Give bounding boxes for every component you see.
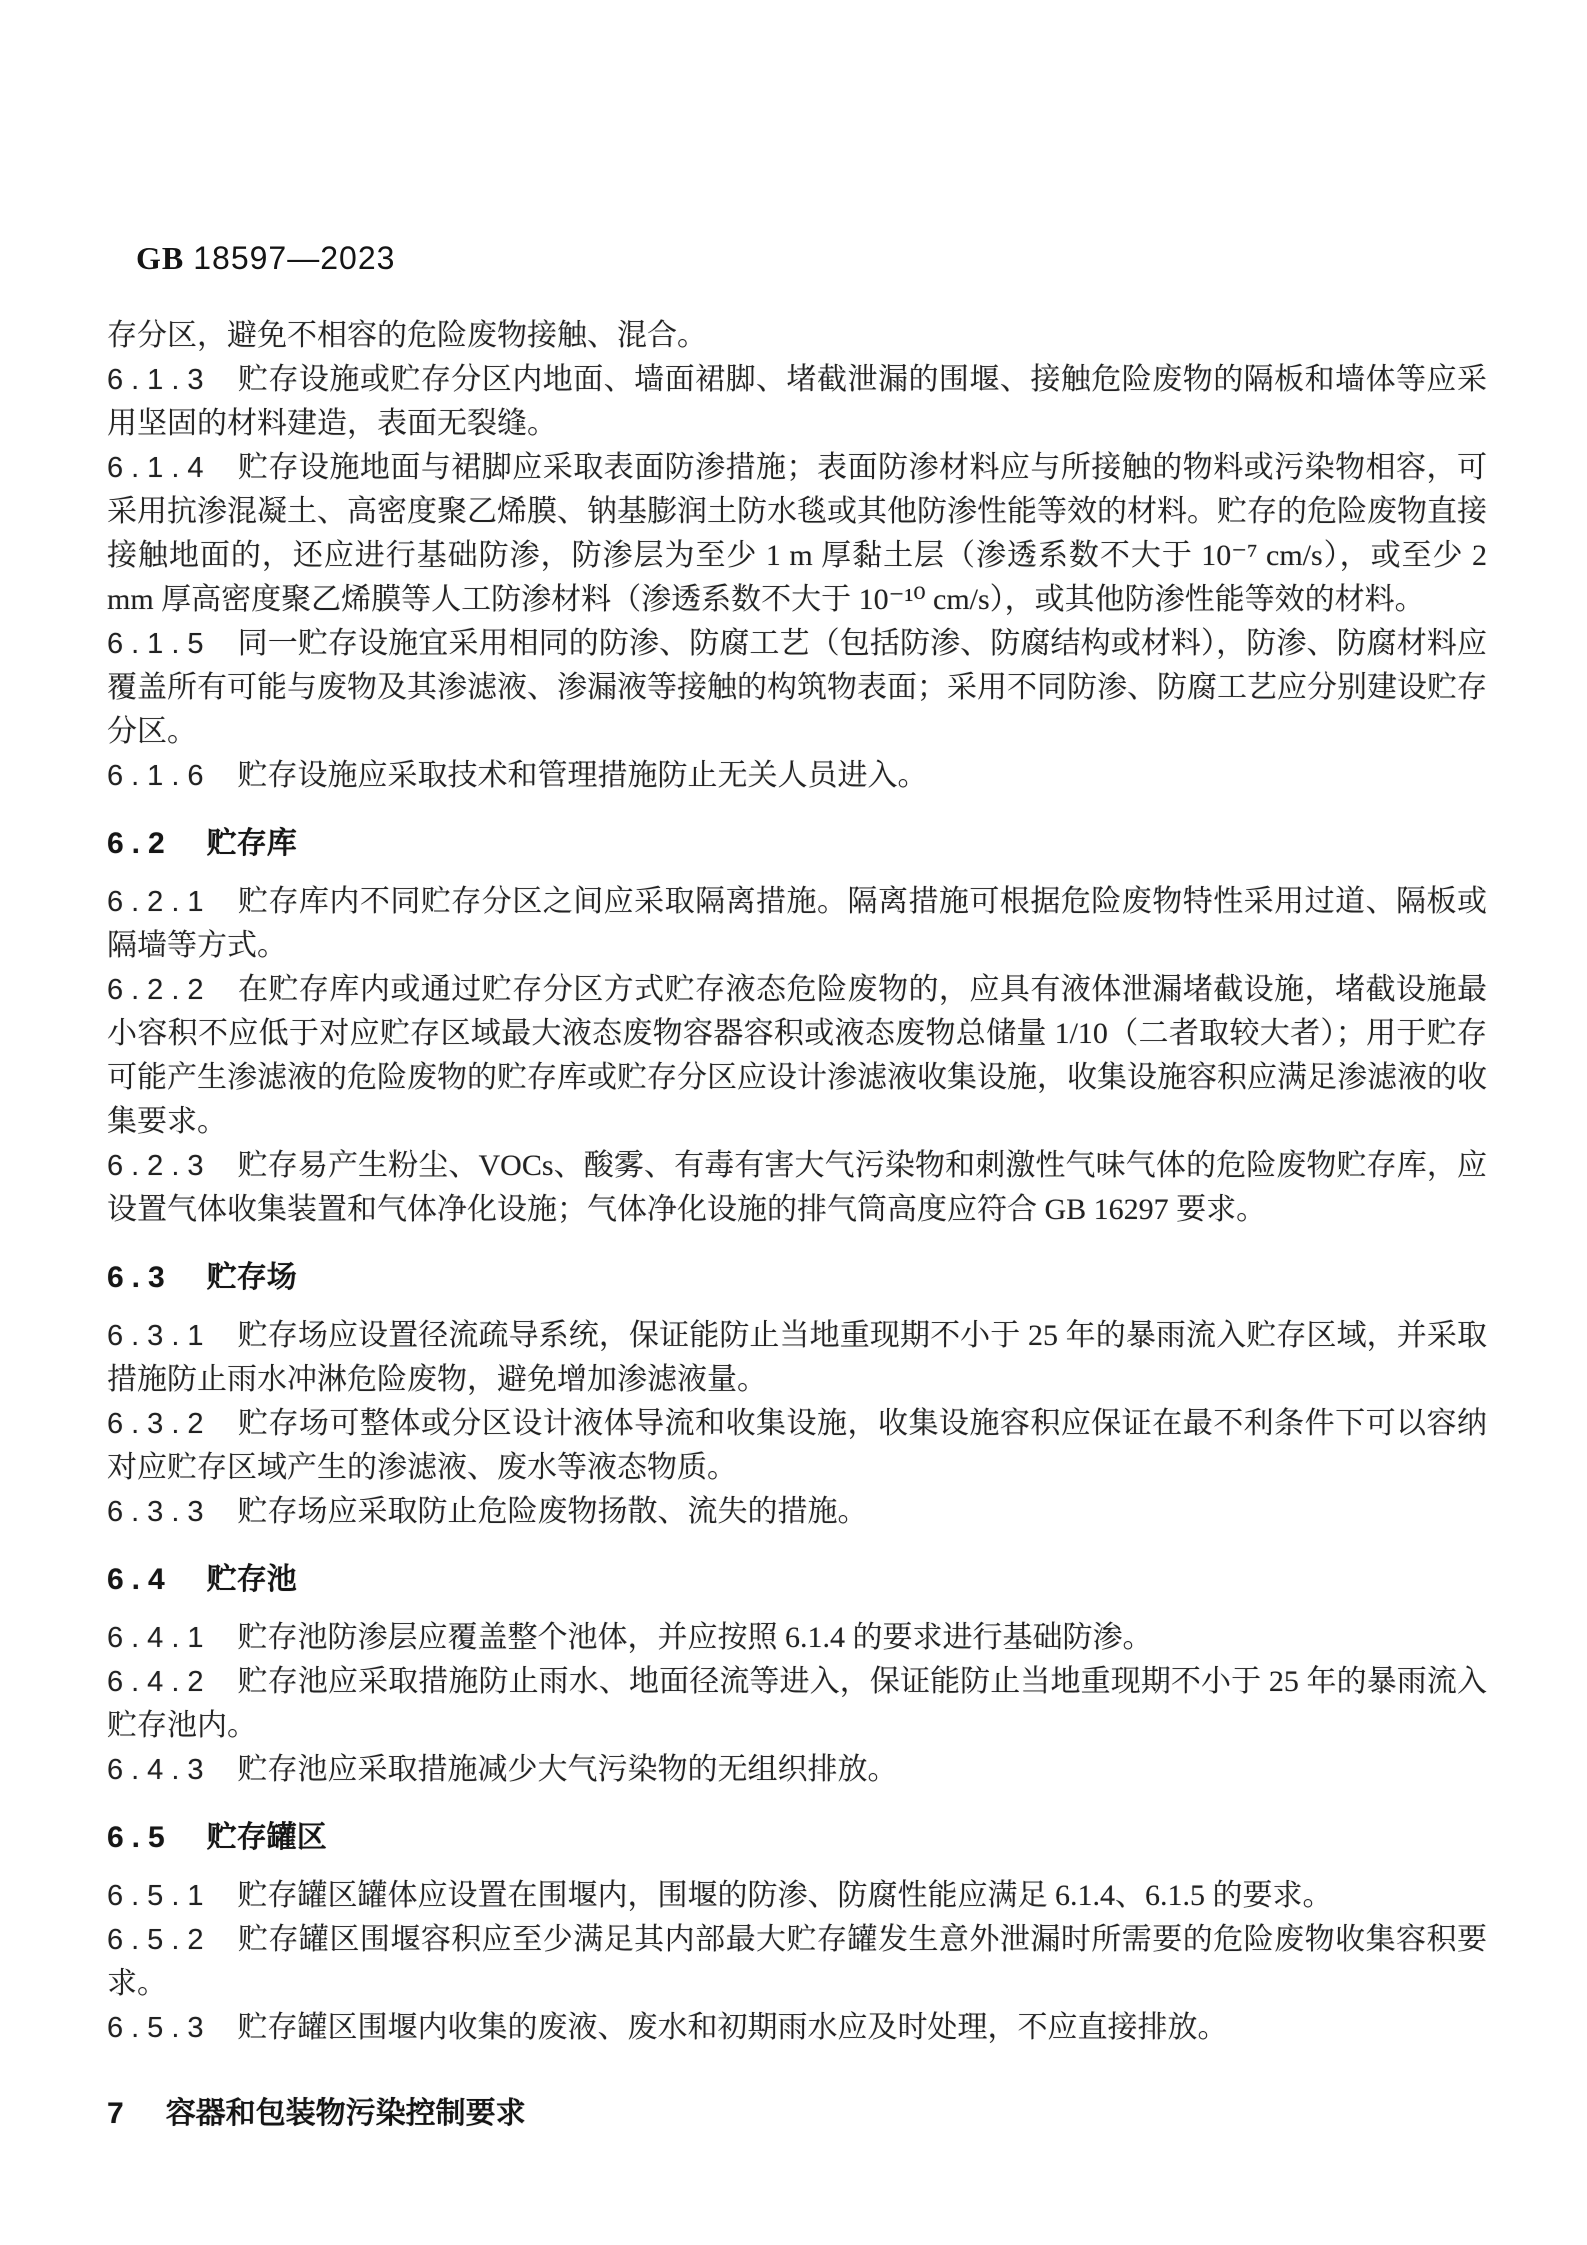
standard-label: GB [136, 240, 184, 276]
clause-number: 6.1.4 [107, 452, 212, 484]
paragraph-text: 存分区，避免不相容的危险废物接触、混合。 [107, 319, 707, 352]
section-heading-6-3: 6.3贮存场 [107, 1256, 1487, 1300]
clause-text: 贮存罐区围堰内收集的废液、废水和初期雨水应及时处理，不应直接排放。 [238, 2011, 1228, 2044]
section-title: 贮存罐区 [207, 1821, 327, 1854]
clause-6-1-3: 6.1.3贮存设施或贮存分区内地面、墙面裙脚、堵截泄漏的围堰、接触危险废物的隔板… [107, 358, 1487, 446]
paragraph-continuation: 存分区，避免不相容的危险废物接触、混合。 [107, 314, 1487, 358]
clause-number: 6.5.1 [107, 1880, 212, 1912]
clause-6-4-3: 6.4.3贮存池应采取措施减少大气污染物的无组织排放。 [107, 1748, 1487, 1792]
clause-text: 贮存场应采取防止危险废物扬散、流失的措施。 [238, 1495, 868, 1528]
clause-text: 贮存设施地面与裙脚应采取表面防渗措施；表面防渗材料应与所接触的物料或污染物相容，… [107, 451, 1487, 616]
clause-number: 6.3.3 [107, 1496, 212, 1528]
clause-6-3-1: 6.3.1贮存场应设置径流疏导系统，保证能防止当地重现期不小于 25 年的暴雨流… [107, 1314, 1487, 1402]
clause-6-2-1: 6.2.1贮存库内不同贮存分区之间应采取隔离措施。隔离措施可根据危险废物特性采用… [107, 880, 1487, 968]
clause-6-5-2: 6.5.2贮存罐区围堰容积应至少满足其内部最大贮存罐发生意外泄漏时所需要的危险废… [107, 1918, 1487, 2006]
clause-number: 6.1.5 [107, 628, 212, 660]
section-heading-7: 7容器和包装物污染控制要求 [107, 2092, 1487, 2136]
document-page: GB18597—2023 存分区，避免不相容的危险废物接触、混合。 6.1.3贮… [0, 0, 1587, 2245]
clause-6-4-2: 6.4.2贮存池应采取措施防止雨水、地面径流等进入，保证能防止当地重现期不小于 … [107, 1660, 1487, 1748]
section-number: 6.4 [107, 1563, 173, 1596]
section-title: 贮存池 [207, 1563, 297, 1596]
section-number: 6.2 [107, 827, 173, 860]
clause-number: 6.1.6 [107, 760, 212, 792]
clause-text: 贮存池防渗层应覆盖整个池体，并应按照 6.1.4 的要求进行基础防渗。 [238, 1621, 1153, 1654]
clause-6-5-3: 6.5.3贮存罐区围堰内收集的废液、废水和初期雨水应及时处理，不应直接排放。 [107, 2006, 1487, 2050]
clause-6-4-1: 6.4.1贮存池防渗层应覆盖整个池体，并应按照 6.1.4 的要求进行基础防渗。 [107, 1616, 1487, 1660]
clause-number: 6.4.3 [107, 1754, 212, 1786]
clause-number: 6.2.1 [107, 886, 212, 918]
clause-text: 在贮存库内或通过贮存分区方式贮存液态危险废物的，应具有液体泄漏堵截设施，堵截设施… [107, 973, 1487, 1138]
clause-6-1-5: 6.1.5同一贮存设施宜采用相同的防渗、防腐工艺（包括防渗、防腐结构或材料），防… [107, 622, 1487, 754]
clause-6-5-1: 6.5.1贮存罐区罐体应设置在围堰内，围堰的防渗、防腐性能应满足 6.1.4、6… [107, 1874, 1487, 1918]
clause-text: 同一贮存设施宜采用相同的防渗、防腐工艺（包括防渗、防腐结构或材料），防渗、防腐材… [107, 627, 1487, 748]
section-heading-6-4: 6.4贮存池 [107, 1558, 1487, 1602]
clause-6-1-4: 6.1.4贮存设施地面与裙脚应采取表面防渗措施；表面防渗材料应与所接触的物料或污… [107, 446, 1487, 622]
section-number: 6.5 [107, 1821, 173, 1854]
clause-number: 6.5.2 [107, 1924, 212, 1956]
section-title: 贮存场 [207, 1261, 297, 1294]
clause-number: 6.4.1 [107, 1622, 212, 1654]
standard-number: GB18597—2023 [136, 240, 395, 277]
clause-text: 贮存罐区罐体应设置在围堰内，围堰的防渗、防腐性能应满足 6.1.4、6.1.5 … [238, 1879, 1333, 1912]
section-title: 容器和包装物污染控制要求 [166, 2097, 526, 2130]
clause-text: 贮存场应设置径流疏导系统，保证能防止当地重现期不小于 25 年的暴雨流入贮存区域… [107, 1319, 1487, 1396]
clause-number: 6.1.3 [107, 364, 212, 396]
clause-6-3-2: 6.3.2贮存场可整体或分区设计液体导流和收集设施，收集设施容积应保证在最不利条… [107, 1402, 1487, 1490]
clause-6-2-2: 6.2.2在贮存库内或通过贮存分区方式贮存液态危险废物的，应具有液体泄漏堵截设施… [107, 968, 1487, 1144]
section-number: 7 [107, 2097, 132, 2130]
section-heading-6-2: 6.2贮存库 [107, 822, 1487, 866]
clause-text: 贮存库内不同贮存分区之间应采取隔离措施。隔离措施可根据危险废物特性采用过道、隔板… [107, 885, 1487, 962]
clause-text: 贮存罐区围堰容积应至少满足其内部最大贮存罐发生意外泄漏时所需要的危险废物收集容积… [107, 1923, 1487, 2000]
clause-number: 6.2.2 [107, 974, 212, 1006]
clause-number: 6.3.2 [107, 1408, 212, 1440]
clause-text: 贮存池应采取措施防止雨水、地面径流等进入，保证能防止当地重现期不小于 25 年的… [107, 1665, 1487, 1742]
clause-number: 6.4.2 [107, 1666, 212, 1698]
clause-6-3-3: 6.3.3贮存场应采取防止危险废物扬散、流失的措施。 [107, 1490, 1487, 1534]
clause-text: 贮存易产生粉尘、VOCs、酸雾、有毒有害大气污染物和刺激性气味气体的危险废物贮存… [107, 1149, 1487, 1226]
document-body: 存分区，避免不相容的危险废物接触、混合。 6.1.3贮存设施或贮存分区内地面、墙… [107, 314, 1487, 2136]
clause-text: 贮存场可整体或分区设计液体导流和收集设施，收集设施容积应保证在最不利条件下可以容… [107, 1407, 1487, 1484]
section-number: 6.3 [107, 1261, 173, 1294]
clause-6-1-6: 6.1.6贮存设施应采取技术和管理措施防止无关人员进入。 [107, 754, 1487, 798]
clause-text: 贮存设施应采取技术和管理措施防止无关人员进入。 [238, 759, 928, 792]
section-title: 贮存库 [207, 827, 297, 860]
clause-number: 6.3.1 [107, 1320, 212, 1352]
clause-number: 6.5.3 [107, 2012, 212, 2044]
clause-text: 贮存池应采取措施减少大气污染物的无组织排放。 [238, 1753, 898, 1786]
section-heading-6-5: 6.5贮存罐区 [107, 1816, 1487, 1860]
clause-text: 贮存设施或贮存分区内地面、墙面裙脚、堵截泄漏的围堰、接触危险废物的隔板和墙体等应… [107, 363, 1487, 440]
clause-number: 6.2.3 [107, 1150, 212, 1182]
clause-6-2-3: 6.2.3贮存易产生粉尘、VOCs、酸雾、有毒有害大气污染物和刺激性气味气体的危… [107, 1144, 1487, 1232]
standard-code: 18597—2023 [193, 240, 395, 276]
